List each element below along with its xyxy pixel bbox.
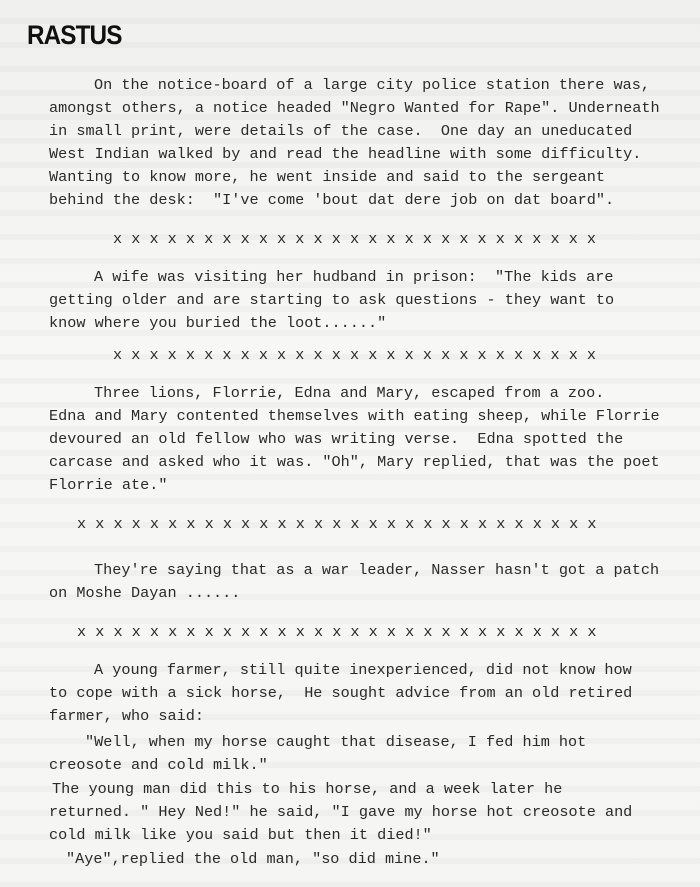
separator: x x x x x x x x x x x x x x x x x x x x … bbox=[77, 517, 597, 532]
joke-5-line: "Well, when my horse caught that disease… bbox=[85, 735, 586, 750]
joke-3-line: Three lions, Florrie, Edna and Mary, esc… bbox=[94, 386, 604, 401]
joke-4-line: They're saying that as a war leader, Nas… bbox=[94, 563, 659, 578]
joke-1-line: amongst others, a notice headed "Negro W… bbox=[49, 101, 660, 116]
joke-1-line: Wanting to know more, he went inside and… bbox=[49, 170, 605, 185]
joke-3-line: carcase and asked who it was. "Oh", Mary… bbox=[49, 455, 660, 470]
joke-5-line: A young farmer, still quite inexperience… bbox=[94, 663, 632, 678]
joke-5-line: to cope with a sick horse, He sought adv… bbox=[49, 686, 632, 701]
joke-1-line: On the notice-board of a large city poli… bbox=[94, 78, 650, 93]
separator: x x x x x x x x x x x x x x x x x x x x … bbox=[77, 625, 597, 640]
page-title: RASTUS bbox=[27, 20, 122, 51]
joke-5-line: creosote and cold milk." bbox=[49, 758, 268, 773]
joke-1-line: West Indian walked by and read the headl… bbox=[49, 147, 641, 162]
joke-1-line: behind the desk: "I've come 'bout dat de… bbox=[49, 193, 614, 208]
joke-5-line: farmer, who said: bbox=[49, 709, 204, 724]
separator: x x x x x x x x x x x x x x x x x x x x … bbox=[113, 348, 596, 363]
joke-5-line: cold milk like you said but then it died… bbox=[49, 828, 432, 843]
joke-5-line: "Aye",replied the old man, "so did mine.… bbox=[66, 852, 440, 867]
joke-3-line: Edna and Mary contented themselves with … bbox=[49, 409, 660, 424]
joke-1-line: in small print, were details of the case… bbox=[49, 124, 632, 139]
joke-2-line: getting older and are starting to ask qu… bbox=[49, 293, 614, 308]
joke-5-line: returned. " Hey Ned!" he said, "I gave m… bbox=[49, 805, 632, 820]
joke-2-line: A wife was visiting her hudband in priso… bbox=[94, 270, 614, 285]
joke-3-line: devoured an old fellow who was writing v… bbox=[49, 432, 623, 447]
separator: x x x x x x x x x x x x x x x x x x x x … bbox=[113, 232, 596, 247]
joke-3-line: Florrie ate." bbox=[49, 478, 167, 493]
joke-5-line: The young man did this to his horse, and… bbox=[52, 782, 562, 797]
joke-4-line: on Moshe Dayan ...... bbox=[49, 586, 240, 601]
joke-2-line: know where you buried the loot......" bbox=[49, 316, 386, 331]
